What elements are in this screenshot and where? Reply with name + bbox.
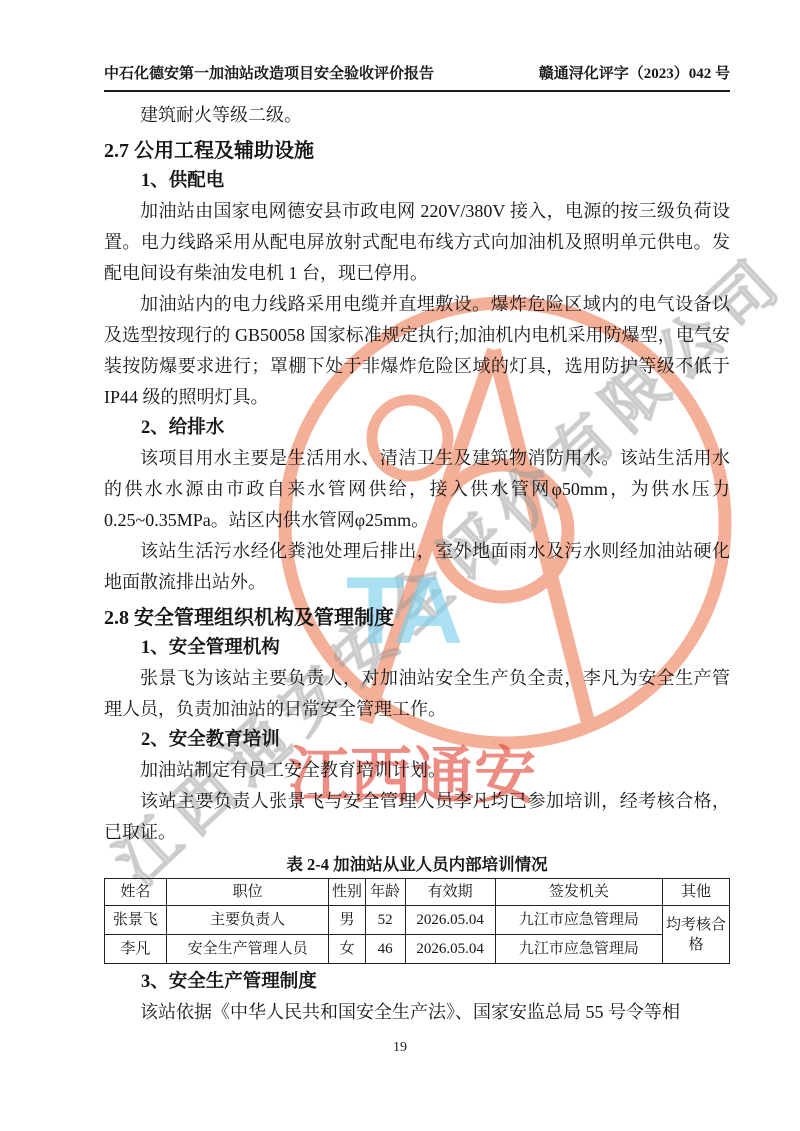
heading-2-8: 2.8 安全管理组织机构及管理制度 xyxy=(104,604,730,632)
cell-name: 李凡 xyxy=(105,935,167,964)
cell-validity: 2026.05.04 xyxy=(405,935,495,964)
col-header-other: 其他 xyxy=(663,879,730,906)
paragraph-safety-rules: 该站依据《中华人民共和国安全生产法》、国家安监总局 55 号令等相 xyxy=(104,997,730,1028)
paragraph-power-2: 加油站内的电力线路采用电缆并直埋敷设。爆炸危险区域内的电气设备以及选型按现行的 … xyxy=(104,289,730,413)
col-header-validity: 有效期 xyxy=(405,879,495,906)
paragraph-power-1: 加油站由国家电网德安县市政电网 220V/380V 接入，电源的按三级负荷设置。… xyxy=(104,196,730,289)
paragraph-safety-org: 张景飞为该站主要负责人，对加油站安全生产负全责，李凡为安全生产管理人员，负责加油… xyxy=(104,663,730,725)
heading-safety-training: 2、安全教育培训 xyxy=(104,726,730,754)
heading-water-drainage: 2、给排水 xyxy=(104,414,730,442)
heading-power-supply: 1、供配电 xyxy=(104,167,730,195)
col-header-gender: 性别 xyxy=(329,879,365,906)
cell-other-merged: 均考核合格 xyxy=(663,906,730,964)
document-page: 江西通安安全评价有限公司 TA 江西通安 中石化德安第一加油站改造项目安全验收评… xyxy=(0,0,800,1131)
page-header: 中石化德安第一加油站改造项目安全验收评价报告 赣通浔化评字（2023）042 号 xyxy=(104,0,730,92)
cell-position: 主要负责人 xyxy=(166,906,329,935)
training-table: 姓名 职位 性别 年龄 有效期 签发机关 其他 张景飞 主要负责人 男 52 2… xyxy=(104,878,730,964)
heading-safety-org: 1、安全管理机构 xyxy=(104,634,730,662)
cell-name: 张景飞 xyxy=(105,906,167,935)
heading-safety-rules: 3、安全生产管理制度 xyxy=(104,968,730,996)
cell-age: 46 xyxy=(365,935,405,964)
paragraph-training-1: 加油站制定有员工安全教育培训计划。 xyxy=(104,755,730,786)
paragraph-fire-rating: 建筑耐火等级二级。 xyxy=(104,100,730,131)
cell-gender: 男 xyxy=(329,906,365,935)
cell-issuer: 九江市应急管理局 xyxy=(495,906,663,935)
paragraph-water-1: 该项目用水主要是生活用水、清洁卫生及建筑物消防用水。该站生活用水的供水水源由市政… xyxy=(104,443,730,536)
document-content: 中石化德安第一加油站改造项目安全验收评价报告 赣通浔化评字（2023）042 号… xyxy=(0,0,800,1028)
table-header-row: 姓名 职位 性别 年龄 有效期 签发机关 其他 xyxy=(105,879,730,906)
page-number: 19 xyxy=(0,1040,800,1056)
header-doc-number: 赣通浔化评字（2023）042 号 xyxy=(539,62,730,83)
col-header-position: 职位 xyxy=(166,879,329,906)
cell-age: 52 xyxy=(365,906,405,935)
header-report-title: 中石化德安第一加油站改造项目安全验收评价报告 xyxy=(104,62,434,83)
col-header-age: 年龄 xyxy=(365,879,405,906)
col-header-issuer: 签发机关 xyxy=(495,879,663,906)
table-row: 张景飞 主要负责人 男 52 2026.05.04 九江市应急管理局 均考核合格 xyxy=(105,906,730,935)
col-header-name: 姓名 xyxy=(105,879,167,906)
heading-2-7: 2.7 公用工程及辅助设施 xyxy=(104,137,730,165)
paragraph-training-2: 该站主要负责人张景飞与安全管理人员李凡均已参加培训，经考核合格，已取证。 xyxy=(104,786,730,848)
cell-gender: 女 xyxy=(329,935,365,964)
cell-validity: 2026.05.04 xyxy=(405,906,495,935)
table-row: 李凡 安全生产管理人员 女 46 2026.05.04 九江市应急管理局 xyxy=(105,935,730,964)
cell-position: 安全生产管理人员 xyxy=(166,935,329,964)
cell-issuer: 九江市应急管理局 xyxy=(495,935,663,964)
paragraph-water-2: 该站生活污水经化粪池处理后排出，室外地面雨水及污水则经加油站硬化地面散流排出站外… xyxy=(104,536,730,598)
table-caption: 表 2-4 加油站从业人员内部培训情况 xyxy=(104,854,730,876)
